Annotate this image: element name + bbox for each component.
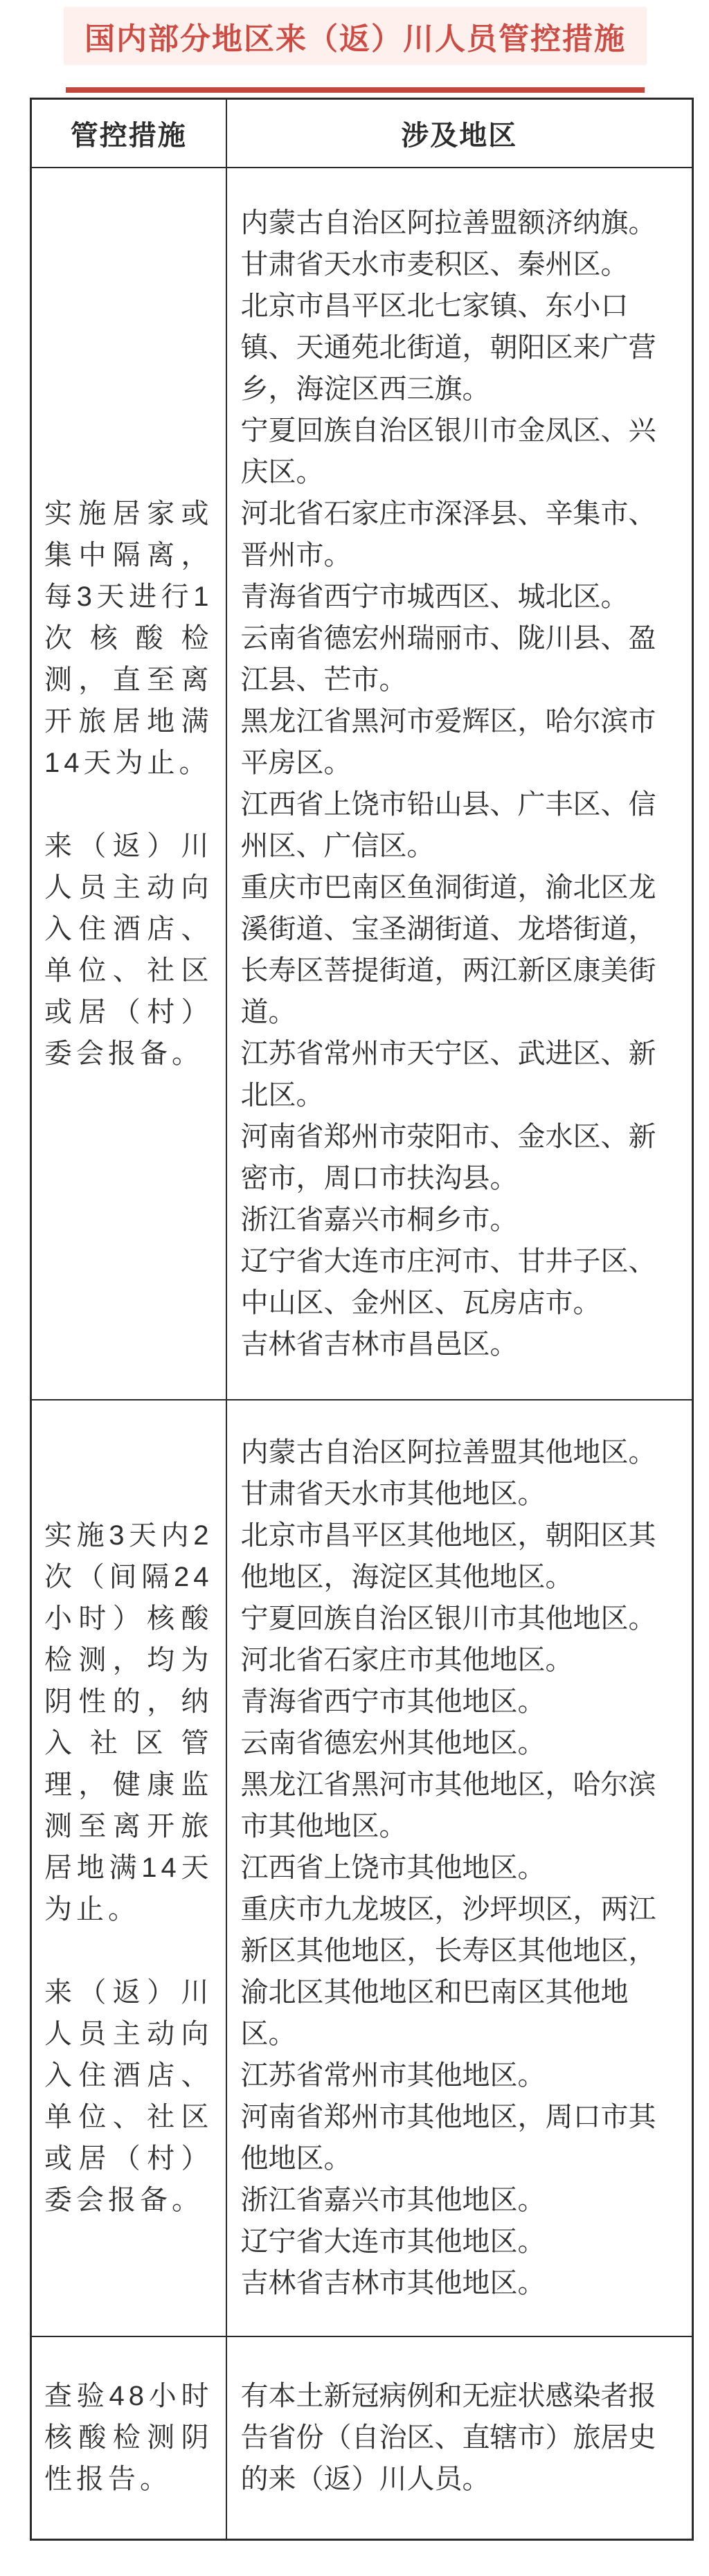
region-item: 云南省德宏州瑞丽市、陇川县、盈江县、芒市。 xyxy=(241,618,662,701)
region-item: 重庆市九龙坡区，沙坪坝区，两江新区其他地区，长寿区其他地区，渝北区其他地区和巴南… xyxy=(241,1889,662,2055)
region-item: 重庆市巴南区鱼洞街道，渝北区龙溪街道、宝圣湖街道、龙塔街道，长寿区菩提街道，两江… xyxy=(241,867,662,1033)
page-title-banner: 国内部分地区来（返）川人员管控措施 xyxy=(64,7,647,65)
table-row-quarantine: 实施居家或集中隔离，每3天进行1次核酸检测，直至离开旅居地满14天为止。 来（返… xyxy=(31,168,693,1400)
region-item: 江苏省常州市其他地区。 xyxy=(241,2055,662,2096)
region-item: 甘肃省天水市麦积区、秦州区。 xyxy=(241,244,662,285)
region-item: 黑龙江省黑河市其他地区，哈尔滨市其他地区。 xyxy=(241,1764,662,1847)
region-item: 浙江省嘉兴市其他地区。 xyxy=(241,2179,662,2221)
regions-cell-quarantine: 内蒙古自治区阿拉善盟额济纳旗。 甘肃省天水市麦积区、秦州区。 北京市昌平区北七家… xyxy=(226,168,693,1400)
region-item: 黑龙江省黑河市爱辉区，哈尔滨市平房区。 xyxy=(241,701,662,784)
region-item: 吉林省吉林市其他地区。 xyxy=(241,2262,662,2304)
control-measures-table: 管控措施 涉及地区 实施居家或集中隔离，每3天进行1次核酸检测，直至离开旅居地满… xyxy=(30,98,694,2541)
title-underline xyxy=(66,87,645,93)
measure-paragraph: 来（返）川人员主动向入住酒店、单位、社区或居（村）委会报备。 xyxy=(44,825,213,1074)
measure-cell-quarantine: 实施居家或集中隔离，每3天进行1次核酸检测，直至离开旅居地满14天为止。 来（返… xyxy=(31,168,226,1400)
region-item: 内蒙古自治区阿拉善盟其他地区。 xyxy=(241,1432,662,1473)
region-item: 河南省郑州市荥阳市、金水区、新密市，周口市扶沟县。 xyxy=(241,1116,662,1199)
measure-paragraph: 查验48小时核酸检测阴性报告。 xyxy=(44,2375,213,2500)
header-cell-measures: 管控措施 xyxy=(31,99,226,168)
region-item: 北京市昌平区其他地区，朝阳区其他地区，海淀区其他地区。 xyxy=(241,1515,662,1598)
table-row-report-check: 查验48小时核酸检测阴性报告。 有本土新冠病例和无症状感染者报告省份（自治区、直… xyxy=(31,2336,693,2540)
measure-cell-report-check: 查验48小时核酸检测阴性报告。 xyxy=(31,2336,226,2540)
measure-paragraph: 来（返）川人员主动向入住酒店、单位、社区或居（村）委会报备。 xyxy=(44,1972,213,2221)
region-item: 河南省郑州市其他地区，周口市其他地区。 xyxy=(241,2096,662,2179)
region-item: 江西省上饶市其他地区。 xyxy=(241,1847,662,1889)
header-label-regions: 涉及地区 xyxy=(228,114,692,153)
region-item: 辽宁省大连市其他地区。 xyxy=(241,2221,662,2262)
region-item: 北京市昌平区北七家镇、东小口镇、天通苑北街道，朝阳区来广营乡，海淀区西三旗。 xyxy=(241,285,662,410)
region-item: 甘肃省天水市其他地区。 xyxy=(241,1473,662,1515)
region-item: 青海省西宁市城西区、城北区。 xyxy=(241,576,662,618)
region-item: 宁夏回族自治区银川市其他地区。 xyxy=(241,1598,662,1639)
region-item: 云南省德宏州其他地区。 xyxy=(241,1722,662,1764)
measure-cell-nucleic-test: 实施3天内2次（间隔24小时）核酸检测，均为阴性的，纳入社区管理，健康监测至离开… xyxy=(31,1400,226,2336)
header-label-measures: 管控措施 xyxy=(33,114,225,153)
region-item: 河北省石家庄市其他地区。 xyxy=(241,1639,662,1681)
region-item: 江西省上饶市铅山县、广丰区、信州区、广信区。 xyxy=(241,784,662,867)
header-cell-regions: 涉及地区 xyxy=(226,99,693,168)
measure-paragraph: 实施居家或集中隔离，每3天进行1次核酸检测，直至离开旅居地满14天为止。 xyxy=(44,493,213,784)
region-item: 有本土新冠病例和无症状感染者报告省份（自治区、直辖市）旅居史的来（返）川人员。 xyxy=(241,2375,662,2500)
region-item: 河北省石家庄市深泽县、辛集市、晋州市。 xyxy=(241,493,662,576)
region-item: 辽宁省大连市庄河市、甘井子区、中山区、金州区、瓦房店市。 xyxy=(241,1241,662,1324)
region-item: 宁夏回族自治区银川市金凤区、兴庆区。 xyxy=(241,410,662,493)
regions-cell-report-check: 有本土新冠病例和无症状感染者报告省份（自治区、直辖市）旅居史的来（返）川人员。 xyxy=(226,2336,693,2540)
region-item: 内蒙古自治区阿拉善盟额济纳旗。 xyxy=(241,202,662,244)
region-item: 青海省西宁市其他地区。 xyxy=(241,1681,662,1722)
region-item: 吉林省吉林市昌邑区。 xyxy=(241,1324,662,1365)
measure-paragraph: 实施3天内2次（间隔24小时）核酸检测，均为阴性的，纳入社区管理，健康监测至离开… xyxy=(44,1515,213,1930)
page-title: 国内部分地区来（返）川人员管控措施 xyxy=(84,14,626,58)
region-item: 浙江省嘉兴市桐乡市。 xyxy=(241,1199,662,1241)
regions-cell-nucleic-test: 内蒙古自治区阿拉善盟其他地区。 甘肃省天水市其他地区。 北京市昌平区其他地区，朝… xyxy=(226,1400,693,2336)
table-header-row: 管控措施 涉及地区 xyxy=(31,99,693,168)
table-row-nucleic-test: 实施3天内2次（间隔24小时）核酸检测，均为阴性的，纳入社区管理，健康监测至离开… xyxy=(31,1400,693,2336)
region-item: 江苏省常州市天宁区、武进区、新北区。 xyxy=(241,1033,662,1116)
